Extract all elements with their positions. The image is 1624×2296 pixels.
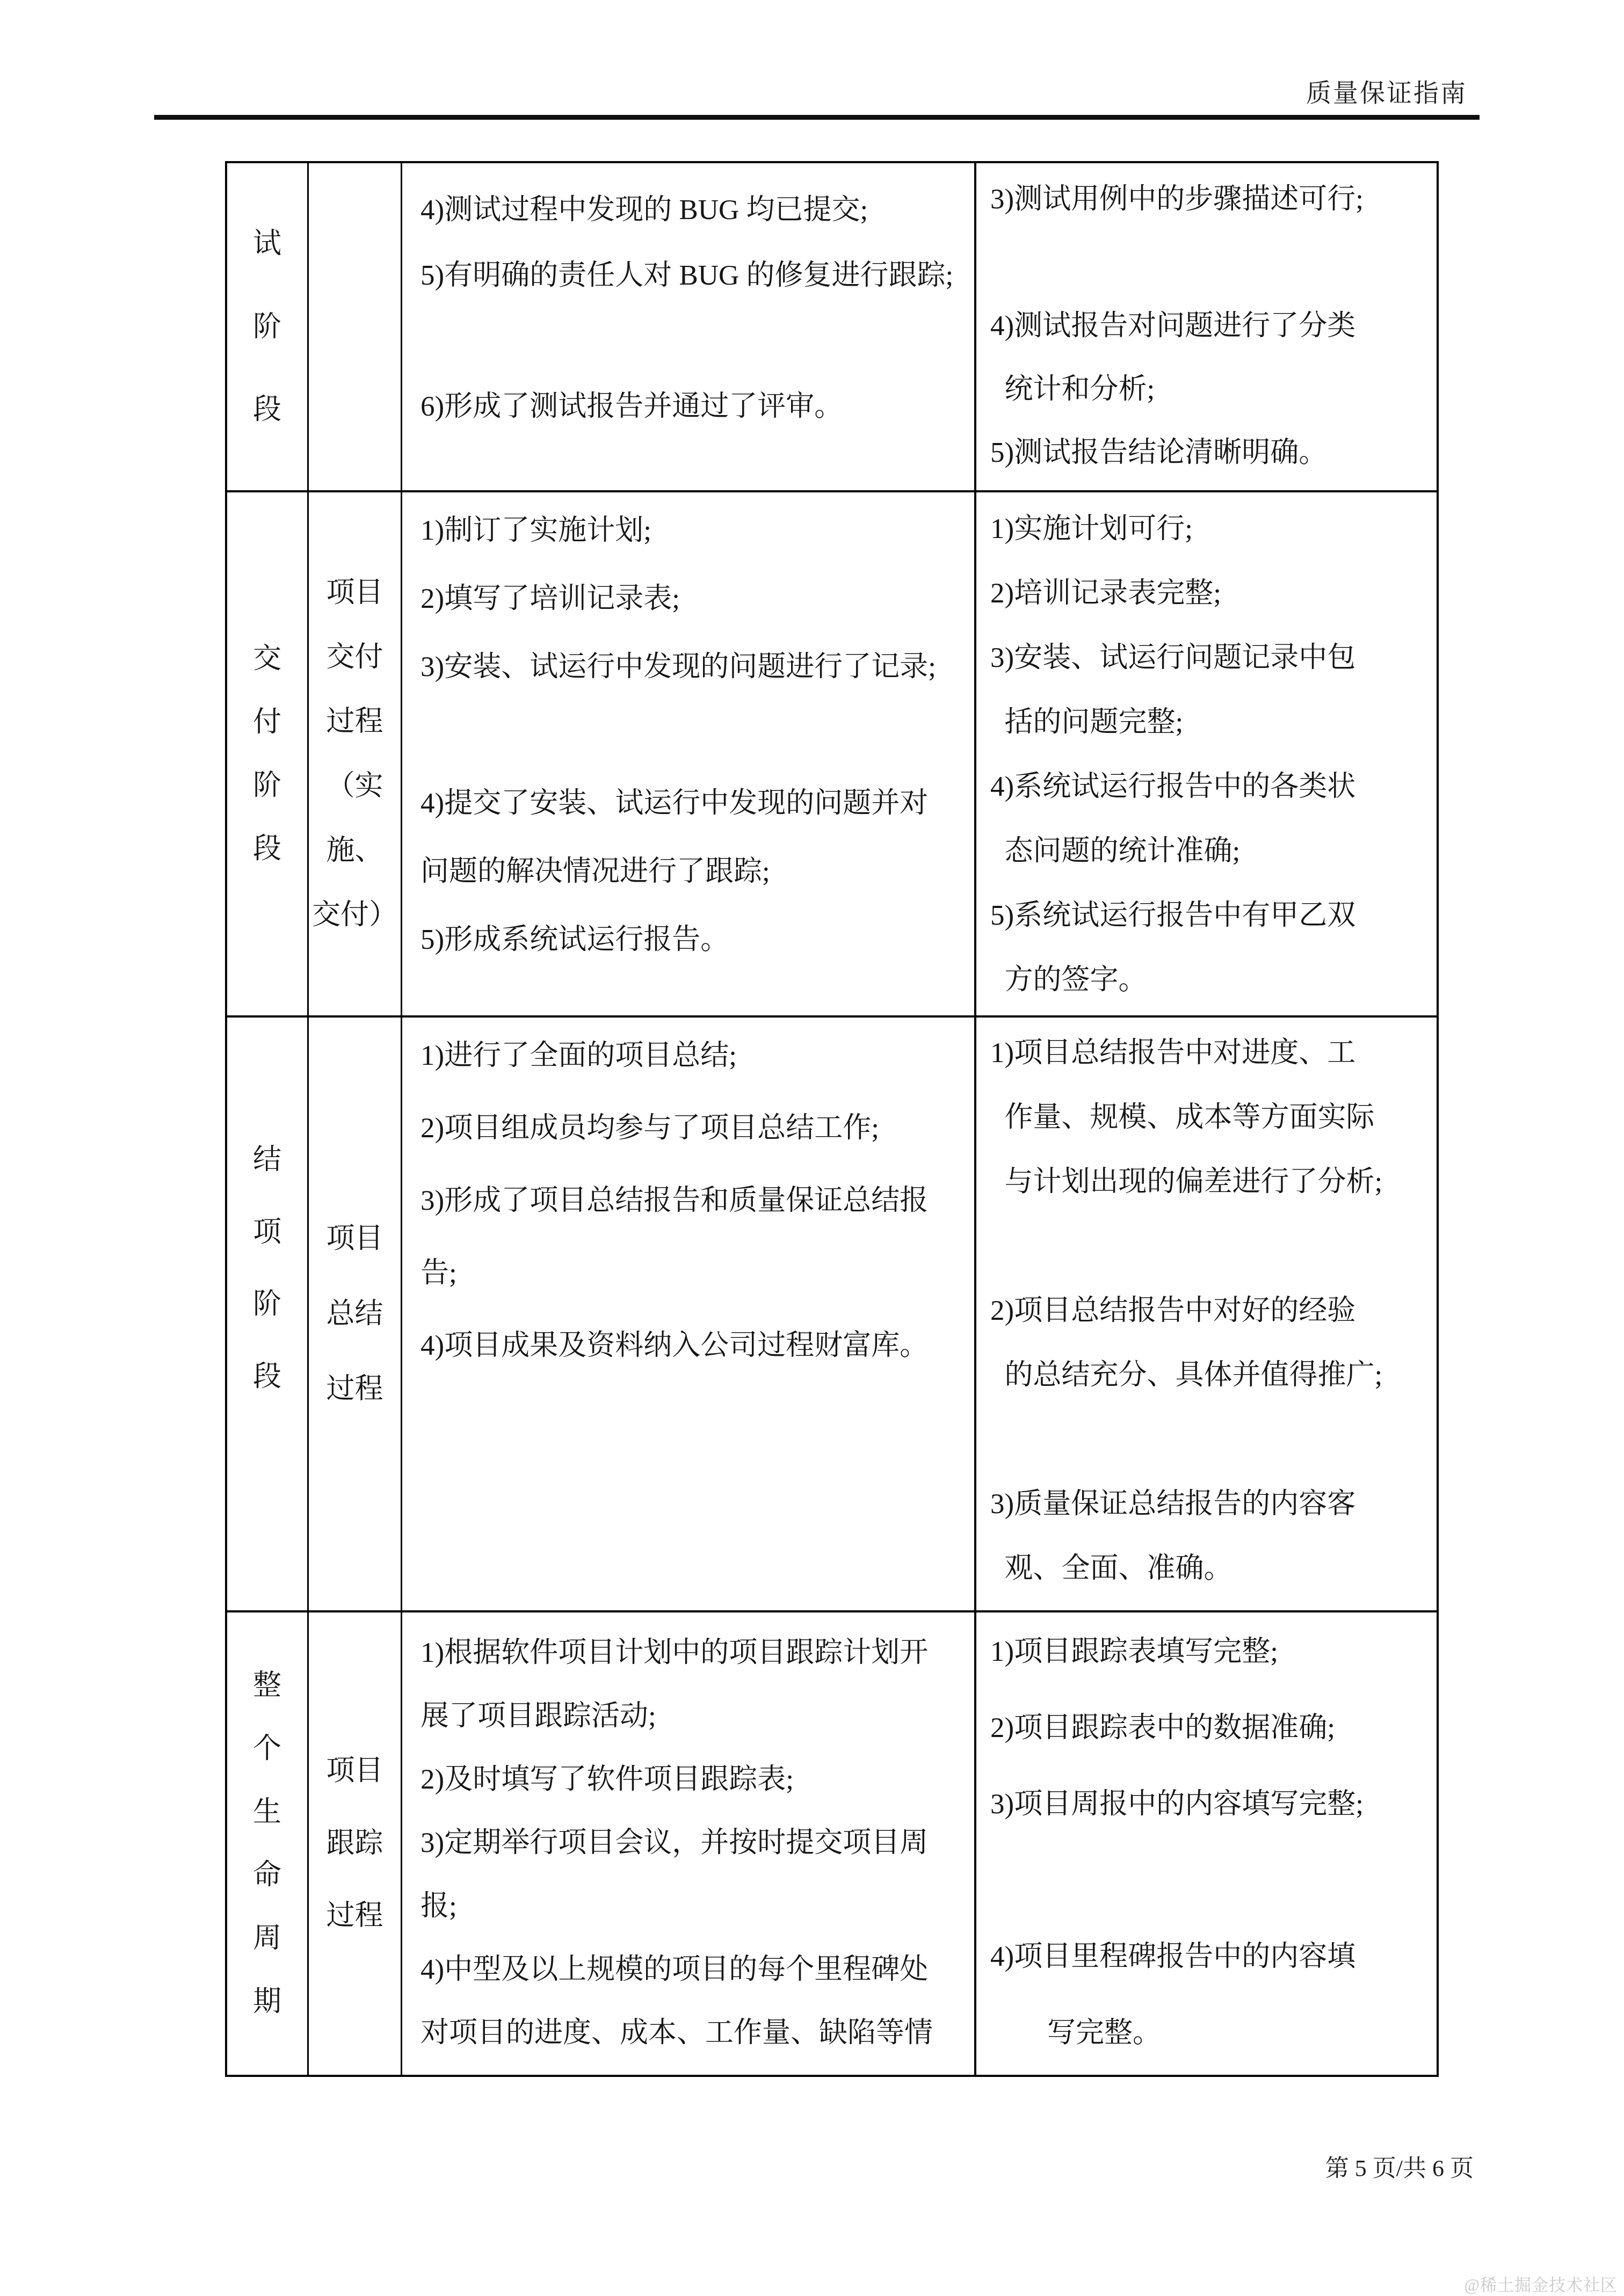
- page-number: 第 5 页/共 6 页: [1325, 2149, 1474, 2183]
- process-line: 项目: [327, 1201, 383, 1276]
- process-line: 过程: [327, 1352, 383, 1427]
- process-line: 跟踪: [327, 1807, 383, 1880]
- phase-cell: 结项阶段: [227, 1018, 309, 1610]
- process-line: 交付）: [312, 883, 397, 947]
- criteria-line: 5)系统试运行报告中有甲乙双: [990, 883, 1437, 948]
- phase-line: 生: [253, 1796, 281, 1828]
- process-line: 施、: [327, 818, 383, 883]
- phase-line: 阶: [253, 769, 281, 802]
- phase-line: 阶: [253, 1288, 281, 1320]
- process-cell: 项目交付过程（实施、交付）: [309, 492, 402, 1015]
- phase-cell: 试阶段: [227, 163, 309, 490]
- process-cell: 项目跟踪过程: [309, 1612, 402, 2075]
- checklist-line: 3)定期举行项目会议，并按时提交项目周: [421, 1811, 974, 1874]
- phase-line: 试: [253, 228, 281, 260]
- table-row: 交付阶段项目交付过程（实施、交付）1)制订了实施计划;2)填写了培训记录表;3)…: [227, 492, 1437, 1018]
- checklist-line: 4)测试过程中发现的 BUG 均已提交;: [421, 177, 974, 243]
- checklist-line: 展了项目跟踪活动;: [421, 1684, 974, 1748]
- checklist-line: [421, 701, 974, 769]
- phase-line: 付: [253, 706, 281, 738]
- checklist-line: 4)提交了安装、试运行中发现的问题并对: [421, 769, 974, 838]
- checklist-line: 报;: [421, 1874, 974, 1938]
- phase-line: 整: [253, 1669, 281, 1702]
- criteria-line: 2)项目总结报告中对好的经验: [990, 1278, 1437, 1343]
- criteria-line: 3)安装、试运行问题记录中包: [990, 626, 1437, 690]
- checklist-line: 2)填写了培训记录表;: [421, 565, 974, 633]
- criteria-line: 3)质量保证总结报告的内容客: [990, 1472, 1437, 1536]
- criteria-cell: 1)实施计划可行;2)培训记录表完整;3)安装、试运行问题记录中包 括的问题完整…: [976, 492, 1437, 1015]
- criteria-line: 方的签字。: [990, 948, 1437, 1012]
- phase-line: 项: [253, 1216, 281, 1248]
- checklist-line: 4)中型及以上规模的项目的每个里程碑处: [421, 1938, 974, 2001]
- criteria-line: 4)系统试运行报告中的各类状: [990, 754, 1437, 819]
- phase-line: 期: [253, 1986, 281, 2018]
- phase-cell: 交付阶段: [227, 492, 309, 1015]
- phase-line: 个: [253, 1733, 281, 1765]
- checklist-line: 5)形成系统试运行报告。: [421, 906, 974, 974]
- criteria-line: 写完整。: [990, 1995, 1437, 2071]
- checklist-line: [421, 308, 974, 374]
- checklist-cell: 4)测试过程中发现的 BUG 均已提交;5)有明确的责任人对 BUG 的修复进行…: [402, 163, 976, 490]
- checklist-line: 问题的解决情况进行了跟踪;: [421, 838, 974, 906]
- criteria-line: 3)项目周报中的内容填写完整;: [990, 1766, 1437, 1842]
- checklist-line: 1)制订了实施计划;: [421, 497, 974, 565]
- checklist-line: 1)根据软件项目计划中的项目跟踪计划开: [421, 1621, 974, 1684]
- phase-line: 段: [253, 1361, 281, 1393]
- criteria-line: 与计划出现的偏差进行了分析;: [990, 1150, 1437, 1214]
- criteria-line: 统计和分析;: [990, 358, 1437, 421]
- checklist-line: 6)形成了测试报告并通过了评审。: [421, 374, 974, 439]
- checklist-line: 3)形成了项目总结报告和质量保证总结报: [421, 1165, 974, 1237]
- table-row: 试阶段4)测试过程中发现的 BUG 均已提交;5)有明确的责任人对 BUG 的修…: [227, 163, 1437, 492]
- criteria-line: [990, 231, 1437, 294]
- process-line: 项目: [327, 561, 383, 625]
- criteria-line: 4)项目里程碑报告中的内容填: [990, 1919, 1437, 1995]
- checklist-line: 告;: [421, 1237, 974, 1310]
- phase-cell: 整个生命周期: [227, 1612, 309, 2075]
- checklist-line: 1)进行了全面的项目总结;: [421, 1020, 974, 1092]
- criteria-line: 4)测试报告对问题进行了分类: [990, 294, 1437, 358]
- process-line: 过程: [327, 689, 383, 754]
- criteria-line: [990, 1407, 1437, 1472]
- checklist-line: 4)项目成果及资料纳入公司过程财富库。: [421, 1310, 974, 1382]
- phase-line: 结: [253, 1144, 281, 1176]
- phase-line: 段: [253, 833, 281, 865]
- phase-line: 段: [253, 394, 281, 426]
- checklist-cell: 1)进行了全面的项目总结;2)项目组成员均参与了项目总结工作;3)形成了项目总结…: [402, 1018, 976, 1610]
- criteria-cell: 3)测试用例中的步骤描述可行; 4)测试报告对问题进行了分类 统计和分析;5)测…: [976, 163, 1437, 490]
- qa-table: 试阶段4)测试过程中发现的 BUG 均已提交;5)有明确的责任人对 BUG 的修…: [225, 161, 1439, 2077]
- criteria-cell: 1)项目跟踪表填写完整;2)项目跟踪表中的数据准确;3)项目周报中的内容填写完整…: [976, 1612, 1437, 2075]
- checklist-cell: 1)根据软件项目计划中的项目跟踪计划开展了项目跟踪活动;2)及时填写了软件项目跟…: [402, 1612, 976, 2075]
- process-line: 项目: [327, 1735, 383, 1807]
- checklist-line: 2)及时填写了软件项目跟踪表;: [421, 1748, 974, 1811]
- checklist-line: 3)安装、试运行中发现的问题进行了记录;: [421, 633, 974, 701]
- criteria-line: [990, 1842, 1437, 1919]
- criteria-line: 2)项目跟踪表中的数据准确;: [990, 1690, 1437, 1766]
- phase-line: 命: [253, 1859, 281, 1891]
- checklist-line: 2)项目组成员均参与了项目总结工作;: [421, 1092, 974, 1165]
- criteria-line: 1)项目跟踪表填写完整;: [990, 1614, 1437, 1690]
- criteria-line: [990, 1214, 1437, 1278]
- process-line: 交付: [327, 625, 383, 689]
- criteria-line: 5)测试报告结论清晰明确。: [990, 421, 1437, 484]
- checklist-line: 5)有明确的责任人对 BUG 的修复进行跟踪;: [421, 243, 974, 308]
- phase-line: 阶: [253, 311, 281, 343]
- criteria-cell: 1)项目总结报告中对进度、工 作量、规模、成本等方面实际 与计划出现的偏差进行了…: [976, 1018, 1437, 1610]
- criteria-line: 3)测试用例中的步骤描述可行;: [990, 168, 1437, 231]
- page-title: 质量保证指南: [1306, 73, 1467, 109]
- table-row: 结项阶段项目总结过程1)进行了全面的项目总结;2)项目组成员均参与了项目总结工作…: [227, 1018, 1437, 1612]
- header-divider: [154, 115, 1480, 120]
- criteria-line: 观、全面、准确。: [990, 1536, 1437, 1601]
- checklist-line: 对项目的进度、成本、工作量、缺陷等情: [421, 2001, 974, 2065]
- criteria-line: 2)培训记录表完整;: [990, 561, 1437, 626]
- process-line: 过程: [327, 1880, 383, 1952]
- process-cell: [309, 163, 402, 490]
- criteria-line: 括的问题完整;: [990, 690, 1437, 754]
- table-row: 整个生命周期项目跟踪过程1)根据软件项目计划中的项目跟踪计划开展了项目跟踪活动;…: [227, 1612, 1437, 2075]
- process-line: （实: [327, 754, 383, 818]
- watermark: @稀土掘金技术社区: [1464, 2271, 1618, 2295]
- criteria-line: 态问题的统计准确;: [990, 819, 1437, 883]
- criteria-line: 作量、规模、成本等方面实际: [990, 1085, 1437, 1150]
- phase-line: 周: [253, 1922, 281, 1954]
- checklist-cell: 1)制订了实施计划;2)填写了培训记录表;3)安装、试运行中发现的问题进行了记录…: [402, 492, 976, 1015]
- phase-line: 交: [253, 643, 281, 675]
- process-line: 总结: [327, 1276, 383, 1352]
- criteria-line: 1)项目总结报告中对进度、工: [990, 1021, 1437, 1085]
- process-cell: 项目总结过程: [309, 1018, 402, 1610]
- criteria-line: 1)实施计划可行;: [990, 497, 1437, 561]
- criteria-line: 的总结充分、具体并值得推广;: [990, 1343, 1437, 1407]
